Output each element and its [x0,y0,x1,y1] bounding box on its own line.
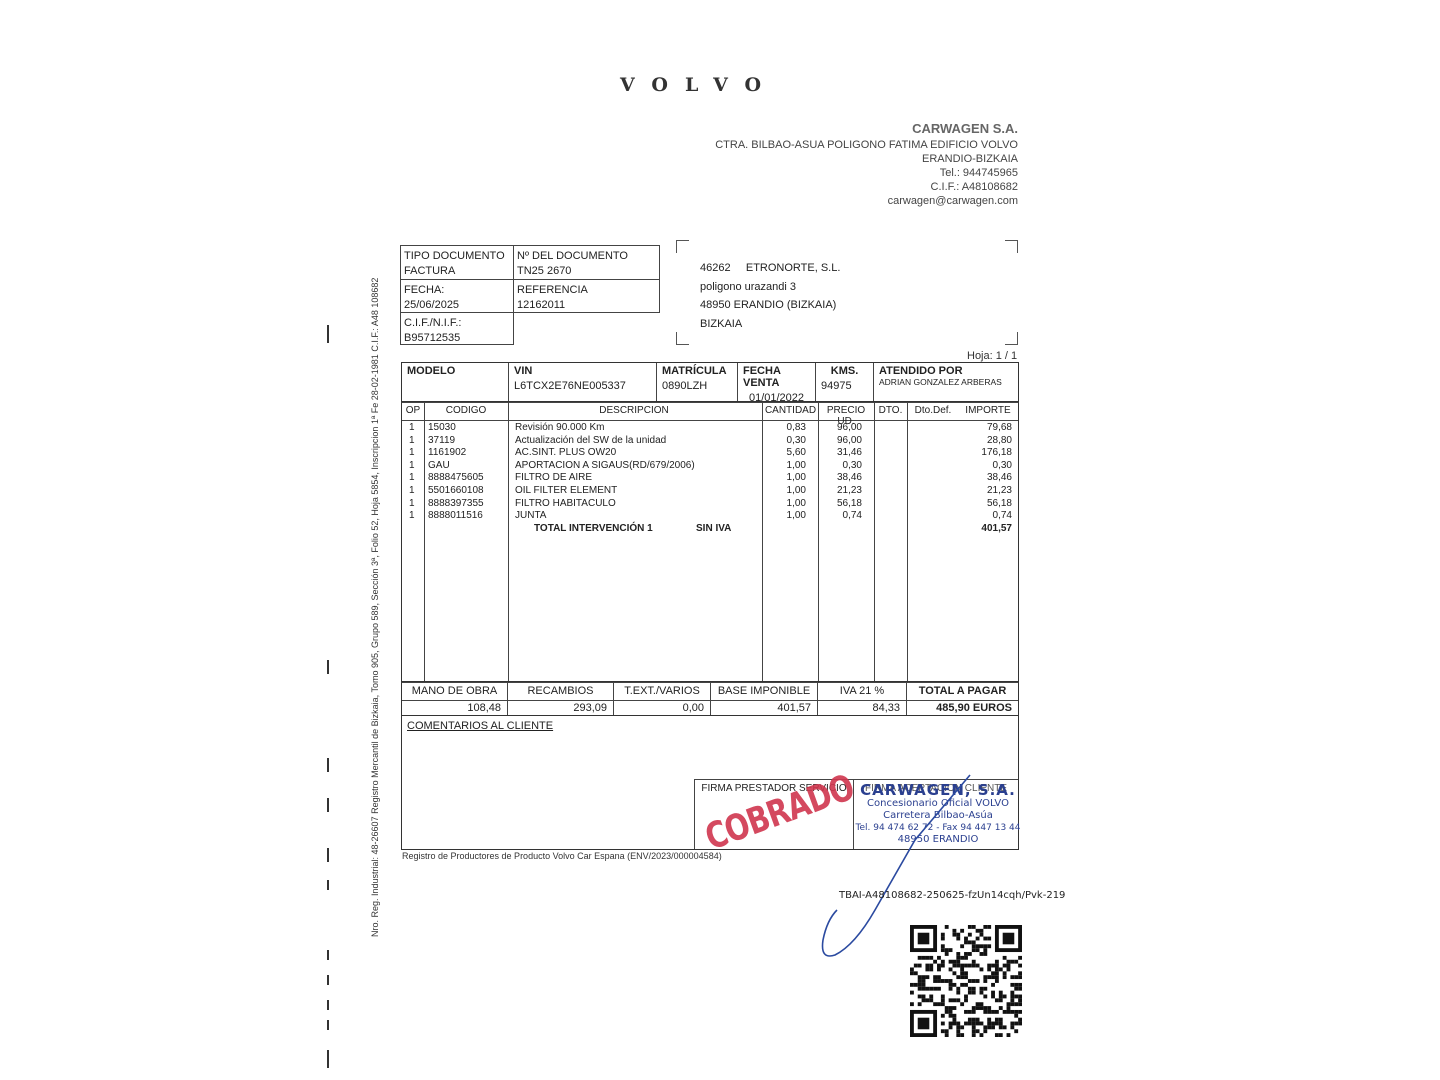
cell-cantidad: 1,00 [787,472,806,485]
cell-op: 1 [409,498,415,511]
scan-mark [327,848,329,862]
cell-op: 1 [409,422,415,435]
fecha-venta-col: FECHA VENTA 01/01/2022 [738,363,816,401]
varios-label: T.EXT./VARIOS [614,685,710,701]
referencia-label: REFERENCIA [517,283,656,298]
intervention-total-value: 401,57 [981,523,1012,536]
invoice-lines-table: OP CODIGO DESCRIPCION CANTIDAD PRECIO UD… [401,402,1019,682]
cell-precio: 96,00 [837,422,862,435]
tbai-code: TBAI-A48108682-250625-fzUn14cqh/Pvk-219 [839,890,1065,901]
corner-mark [1005,240,1018,253]
vin-value: L6TCX2E76NE005337 [514,380,651,392]
cell-op: 1 [409,472,415,485]
scan-mark [327,950,329,960]
cell-op: 1 [409,460,415,473]
referencia: REFERENCIA 12162011 [513,279,660,313]
col-op: OP [402,405,424,416]
mano-obra-value: 108,48 [467,702,501,714]
cell-codigo: GAU [428,460,450,473]
totals-table: MANO DE OBRA 108,48 RECAMBIOS 293,09 T.E… [401,682,1019,716]
kms-col: KMS. 94975 [816,363,874,401]
cell-descripcion: AC.SINT. PLUS OW20 [515,447,616,460]
cell-importe: 0,74 [993,510,1012,523]
tipo-label: TIPO DOCUMENTO [404,249,510,264]
cell-precio: 56,18 [837,498,862,511]
intervention-total-row: TOTAL INTERVENCIÓN 1 SIN IVA 401,57 [402,523,1018,536]
cell-importe: 28,80 [987,435,1012,448]
col-importe: IMPORTE [960,405,1016,416]
col-dto-def: Dto.Def. [910,405,956,416]
cif-nif: C.I.F./N.I.F.: B95712535 [400,312,514,345]
client-line-1: 46262 ETRONORTE, S.L. [700,259,840,278]
modelo-col: MODELO [402,363,509,401]
table-row: 11161902AC.SINT. PLUS OW205,6031,46176,1… [402,447,1018,460]
base-value: 401,57 [777,702,811,714]
lines-header: OP CODIGO DESCRIPCION CANTIDAD PRECIO UD… [402,403,1018,421]
recambios-label: RECAMBIOS [508,685,613,701]
cell-descripcion: Actualización del SW de la unidad [515,435,666,448]
kms-value: 94975 [821,380,868,392]
fecha-venta-label: FECHA VENTA [743,365,810,389]
cell-importe: 56,18 [987,498,1012,511]
modelo-label: MODELO [407,365,503,377]
qr-code-icon [910,925,1022,1037]
company-email: carwagen@carwagen.com [715,194,1018,208]
atendido-value: ADRIAN GONZALEZ ARBERAS [879,377,1013,387]
client-line-2: poligono urazandi 3 [700,278,840,297]
iva-value: 84,33 [872,702,900,714]
cell-codigo: 1161902 [428,447,466,460]
client-address: 46262 ETRONORTE, S.L. poligono urazandi … [700,259,840,333]
registro-text: Registro de Productores de Producto Volv… [402,851,722,861]
recambios-value: 293,09 [573,702,607,714]
numero-value: TN25 2670 [517,264,656,279]
company-address-2: ERANDIO-BIZKAIA [715,152,1018,166]
cell-descripcion: OIL FILTER ELEMENT [515,485,617,498]
base-imponible: BASE IMPONIBLE 401,57 [711,683,818,715]
col-cantidad: CANTIDAD [763,405,818,416]
varios-value: 0,00 [683,702,704,714]
scan-mark [327,325,329,343]
scan-mark [327,1000,329,1010]
cell-codigo: 8888397355 [428,498,484,511]
table-row: 15501660108OIL FILTER ELEMENT1,0021,2321… [402,485,1018,498]
table-row: 18888011516JUNTA1,000,740,74 [402,510,1018,523]
cell-codigo: 37119 [428,435,455,448]
vehicle-header: MODELO VIN L6TCX2E76NE005337 MATRÍCULA 0… [401,362,1019,402]
matricula-value: 0890LZH [662,380,732,392]
tipo-documento: TIPO DOCUMENTO FACTURA [400,245,514,280]
cell-cantidad: 1,00 [787,498,806,511]
col-descripcion: DESCRIPCION [508,405,760,416]
cell-precio: 38,46 [837,472,862,485]
iva-label: IVA 21 % [818,685,906,701]
col-codigo: CODIGO [424,405,508,416]
company-cif: C.I.F.: A48108682 [715,180,1018,194]
company-name: CARWAGEN S.A. [715,122,1018,136]
scan-mark [327,1050,329,1068]
cell-importe: 176,18 [981,447,1012,460]
cell-precio: 21,23 [837,485,862,498]
scan-mark [327,1020,329,1030]
cell-op: 1 [409,447,415,460]
recambios: RECAMBIOS 293,09 [508,683,614,715]
cell-cantidad: 1,00 [787,510,806,523]
page-indicator: Hoja: 1 / 1 [967,350,1017,362]
cell-precio: 96,00 [837,435,862,448]
varios: T.EXT./VARIOS 0,00 [614,683,711,715]
corner-mark [676,332,689,345]
scan-mark [327,798,329,812]
cell-precio: 31,46 [837,447,862,460]
cell-codigo: 8888011516 [428,510,483,523]
intervention-tax-note: SIN IVA [696,523,731,536]
table-row: 18888475605FILTRO DE AIRE1,0038,4638,46 [402,472,1018,485]
table-row: 115030Revisión 90.000 Km0,8396,0079,68 [402,422,1018,435]
company-phone: Tel.: 944745965 [715,166,1018,180]
fecha: FECHA: 25/06/2025 [400,279,514,313]
volvo-logo: VOLVO [620,74,778,96]
side-legal-text: Nro. Reg. Industrial: 48-26607 Registro … [370,257,380,937]
mano-obra: MANO DE OBRA 108,48 [402,683,508,715]
cell-codigo: 5501660108 [428,485,484,498]
cell-descripcion: FILTRO HABITACULO [515,498,616,511]
cell-codigo: 15030 [428,422,456,435]
cell-cantidad: 1,00 [787,485,806,498]
client-line-4: BIZKAIA [700,315,840,334]
total-a-pagar: TOTAL A PAGAR 485,90 EUROS [907,683,1018,715]
vin-col: VIN L6TCX2E76NE005337 [509,363,657,401]
tipo-value: FACTURA [404,264,510,279]
referencia-value: 12162011 [517,298,656,313]
atendido-label: ATENDIDO POR [879,365,1013,377]
numero-documento: Nº DEL DOCUMENTO TN25 2670 [513,245,660,280]
total-value: 485,90 EUROS [936,702,1012,714]
scan-mark [327,660,329,674]
company-address-1: CTRA. BILBAO-ASUA POLIGONO FATIMA EDIFIC… [715,138,1018,152]
cell-descripcion: FILTRO DE AIRE [515,472,592,485]
cell-codigo: 8888475605 [428,472,484,485]
cell-cantidad: 0,83 [787,422,806,435]
comments-label: COMENTARIOS AL CLIENTE [407,720,553,732]
cell-descripcion: JUNTA [515,510,546,523]
scan-mark [327,880,329,890]
col-dto: DTO. [874,405,907,416]
cell-op: 1 [409,485,415,498]
fecha-value: 25/06/2025 [404,298,510,313]
intervention-total-label: TOTAL INTERVENCIÓN 1 [534,523,653,536]
base-label: BASE IMPONIBLE [711,685,817,701]
scan-mark [327,758,329,772]
numero-label: Nº DEL DOCUMENTO [517,249,656,264]
cell-importe: 79,68 [987,422,1012,435]
matricula-label: MATRÍCULA [662,365,732,377]
cif-label: C.I.F./N.I.F.: [404,316,510,331]
cell-cantidad: 5,60 [787,447,806,460]
kms-label: KMS. [821,365,868,377]
cell-precio: 0,30 [843,460,862,473]
corner-mark [1005,332,1018,345]
mano-obra-label: MANO DE OBRA [402,685,507,701]
table-row: 1GAUAPORTACION A SIGAUS(RD/679/2006)1,00… [402,460,1018,473]
cell-op: 1 [409,435,415,448]
cell-op: 1 [409,510,415,523]
cif-value: B95712535 [404,331,510,346]
total-label: TOTAL A PAGAR [907,685,1018,701]
table-row: 18888397355FILTRO HABITACULO1,0056,1856,… [402,498,1018,511]
vin-label: VIN [514,365,651,377]
company-info: CARWAGEN S.A. CTRA. BILBAO-ASUA POLIGONO… [715,122,1018,208]
cell-precio: 0,74 [843,510,862,523]
cell-importe: 38,46 [987,472,1012,485]
cell-descripcion: Revisión 90.000 Km [515,422,605,435]
atendido-col: ATENDIDO POR ADRIAN GONZALEZ ARBERAS [874,363,1018,401]
client-line-3: 48950 ERANDIO (BIZKAIA) [700,296,840,315]
matricula-col: MATRÍCULA 0890LZH [657,363,738,401]
fecha-label: FECHA: [404,283,510,298]
iva: IVA 21 % 84,33 [818,683,907,715]
cell-descripcion: APORTACION A SIGAUS(RD/679/2006) [515,460,695,473]
cell-importe: 0,30 [993,460,1012,473]
cell-cantidad: 1,00 [787,460,806,473]
corner-mark [676,240,689,253]
table-row: 137119Actualización del SW de la unidad0… [402,435,1018,448]
cell-importe: 21,23 [987,485,1012,498]
cell-cantidad: 0,30 [787,435,806,448]
scan-mark [327,975,329,985]
